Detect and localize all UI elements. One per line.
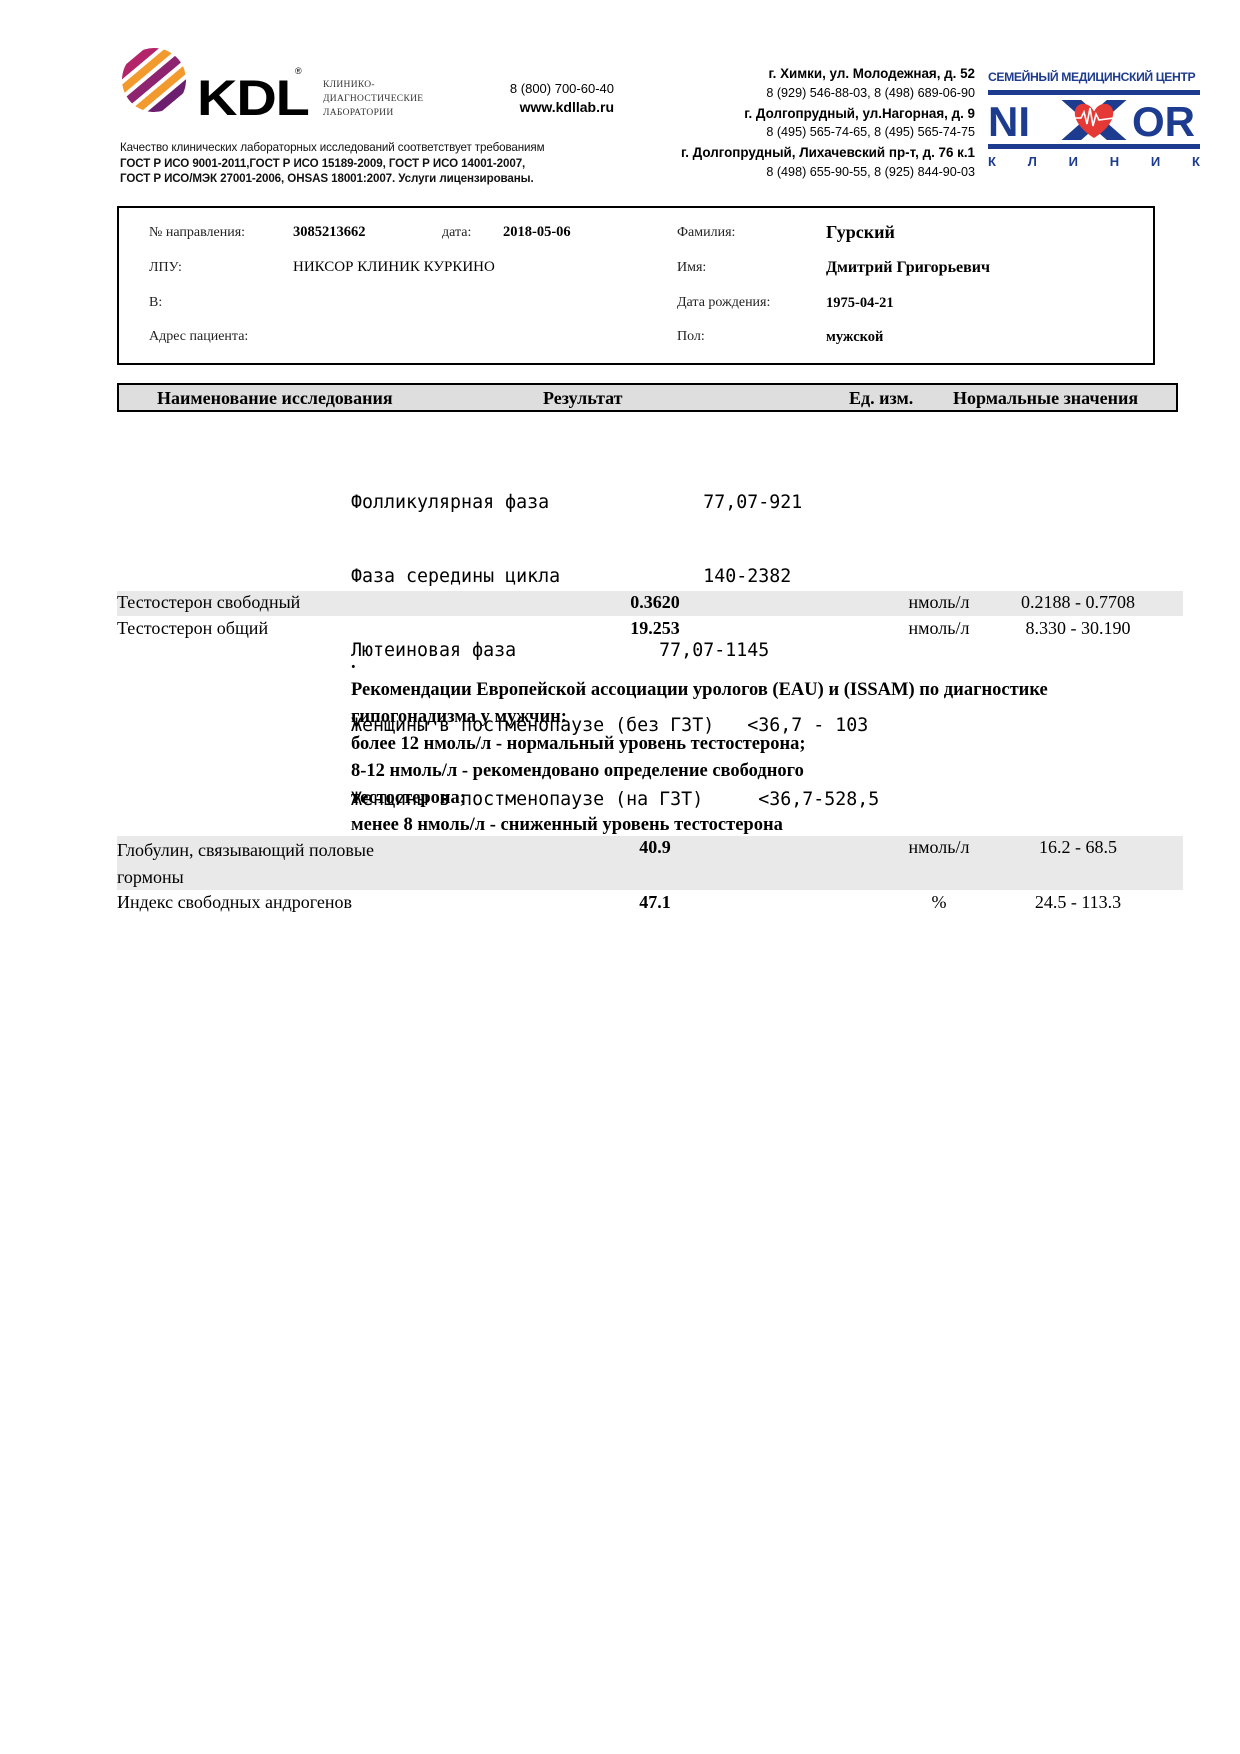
patient-sex: мужской: [826, 329, 883, 346]
surname-label: Фамилия:: [677, 225, 735, 241]
recommendation-line: Рекомендации Европейской ассоциации урол…: [351, 677, 1048, 704]
header-normal: Нормальные значения: [953, 388, 1138, 409]
recommendation-dot: .: [351, 650, 1048, 677]
kdl-subtitle-line: КЛИНИКО-: [323, 78, 423, 92]
recommendation-line: гипогонадизма у мужчин:: [351, 704, 1048, 731]
nixor-letter: Л: [1028, 154, 1037, 169]
nixor-letter: И: [1151, 154, 1160, 169]
svg-text:NI: NI: [988, 100, 1030, 140]
kdl-sphere-icon: [121, 47, 187, 113]
recommendation-line: менее 8 нмоль/л - сниженный уровень тест…: [351, 812, 1048, 839]
address-label: Адрес пациента:: [149, 329, 248, 345]
test-name: Индекс свободных андрогенов: [117, 892, 352, 913]
kdl-subtitle-line: ЛАБОРАТОРИИ: [323, 106, 423, 120]
clinic-phones: 8 (498) 655-90-55, 8 (925) 844-90-03: [620, 163, 975, 183]
test-normal-range: 16.2 - 68.5: [978, 837, 1178, 858]
test-name-line: Глобулин, связывающий половые: [117, 840, 374, 860]
results-table-header: Наименование исследования Результат Ед. …: [117, 383, 1178, 412]
nixor-letter: К: [1192, 154, 1200, 169]
test-name: Тестостерон свободный: [117, 592, 300, 613]
sex-label: Пол:: [677, 329, 705, 345]
table-row: Глобулин, связывающий половые гормоны 40…: [117, 836, 1183, 890]
v-label: В:: [149, 295, 162, 311]
lab-phone[interactable]: 8 (800) 700-60-40: [440, 79, 614, 98]
patient-info-box: № направления: 3085213662 дата: 2018-05-…: [117, 206, 1155, 365]
reference-line: Фаза середины цикла 140-2382: [351, 565, 879, 590]
quality-line: Качество клинических лабораторных исслед…: [120, 140, 544, 156]
clinic-address: г. Долгопрудный, ул.Нагорная, д. 9: [620, 104, 975, 124]
lpu-value: НИКСОР КЛИНИК КУРКИНО: [293, 259, 495, 276]
nixor-subtitle: К Л И Н И К: [988, 154, 1200, 169]
clinic-addresses: г. Химки, ул. Молодежная, д. 52 8 (929) …: [620, 64, 975, 183]
svg-text:OR: OR: [1132, 100, 1195, 140]
test-name-line: гормоны: [117, 867, 184, 887]
referral-date: 2018-05-06: [503, 224, 571, 241]
test-name: Тестостерон общий: [117, 618, 268, 639]
patient-surname: Гурский: [826, 222, 895, 243]
clinic-phones: 8 (929) 546-88-03, 8 (498) 689-06-90: [620, 84, 975, 104]
recommendation-line: 8-12 нмоль/л - рекомендовано определение…: [351, 758, 1048, 785]
nixor-letter: И: [1069, 154, 1078, 169]
quality-line: ГОСТ Р ИСО/МЭК 27001-2006, OHSAS 18001:2…: [120, 171, 544, 187]
table-row: Тестостерон общий 19.253 нмоль/л 8.330 -…: [117, 617, 1183, 643]
kdl-subtitle-line: ДИАГНОСТИЧЕСКИЕ: [323, 92, 423, 106]
recommendation-line: тестостерона;: [351, 785, 1048, 812]
nixor-logo: СЕМЕЙНЫЙ МЕДИЦИНСКИЙ ЦЕНТР NI OR К Л И Н…: [988, 70, 1200, 170]
test-normal-range: 8.330 - 30.190: [978, 618, 1178, 639]
test-result: 0.3620: [585, 592, 725, 613]
dob-label: Дата рождения:: [677, 295, 770, 311]
test-result: 19.253: [585, 618, 725, 639]
kdl-wordmark: KDL: [197, 73, 309, 123]
quality-line: ГОСТ Р ИСО 9001-2011,ГОСТ Р ИСО 15189-20…: [120, 156, 544, 172]
referral-number: 3085213662: [293, 224, 366, 241]
registered-mark: ®: [295, 66, 302, 76]
nixor-wordmark-icon: NI OR: [988, 100, 1200, 140]
header-unit: Ед. изм.: [849, 388, 913, 409]
nixor-bottom-bar: [988, 144, 1200, 149]
quality-statement: Качество клинических лабораторных исслед…: [120, 140, 544, 187]
clinic-address: г. Долгопрудный, Лихачевский пр-т, д. 76…: [620, 143, 975, 163]
referral-label: № направления:: [149, 225, 245, 241]
lab-contacts: 8 (800) 700-60-40 www.kdllab.ru: [440, 79, 614, 117]
name-label: Имя:: [677, 260, 706, 276]
header-result: Результат: [543, 388, 623, 409]
test-normal-range: 24.5 - 113.3: [978, 892, 1178, 913]
table-row: Индекс свободных андрогенов 47.1 % 24.5 …: [117, 891, 1183, 917]
test-normal-range: 0.2188 - 0.7708: [978, 592, 1178, 613]
kdl-subtitle: КЛИНИКО- ДИАГНОСТИЧЕСКИЕ ЛАБОРАТОРИИ: [323, 78, 423, 120]
patient-dob: 1975-04-21: [826, 295, 894, 312]
reference-line: Фолликулярная фаза 77,07-921: [351, 491, 879, 516]
recommendation-note: . Рекомендации Европейской ассоциации ур…: [351, 650, 1048, 839]
recommendation-line: более 12 нмоль/л - нормальный уровень те…: [351, 731, 1048, 758]
clinic-phones: 8 (495) 565-74-65, 8 (495) 565-74-75: [620, 123, 975, 143]
date-label: дата:: [442, 225, 471, 241]
table-row: Тестостерон свободный 0.3620 нмоль/л 0.2…: [117, 591, 1183, 616]
nixor-letter: К: [988, 154, 996, 169]
lab-website-link[interactable]: www.kdllab.ru: [440, 98, 614, 117]
test-name: Глобулин, связывающий половые гормоны: [117, 837, 374, 891]
header-name: Наименование исследования: [157, 388, 393, 409]
lpu-label: ЛПУ:: [149, 260, 182, 276]
patient-name: Дмитрий Григорьевич: [826, 259, 990, 277]
nixor-tagline: СЕМЕЙНЫЙ МЕДИЦИНСКИЙ ЦЕНТР: [988, 70, 1200, 84]
test-result: 47.1: [585, 892, 725, 913]
clinic-address: г. Химки, ул. Молодежная, д. 52: [620, 64, 975, 84]
nixor-letter: Н: [1110, 154, 1119, 169]
nixor-top-bar: [988, 90, 1200, 95]
test-result: 40.9: [585, 837, 725, 858]
